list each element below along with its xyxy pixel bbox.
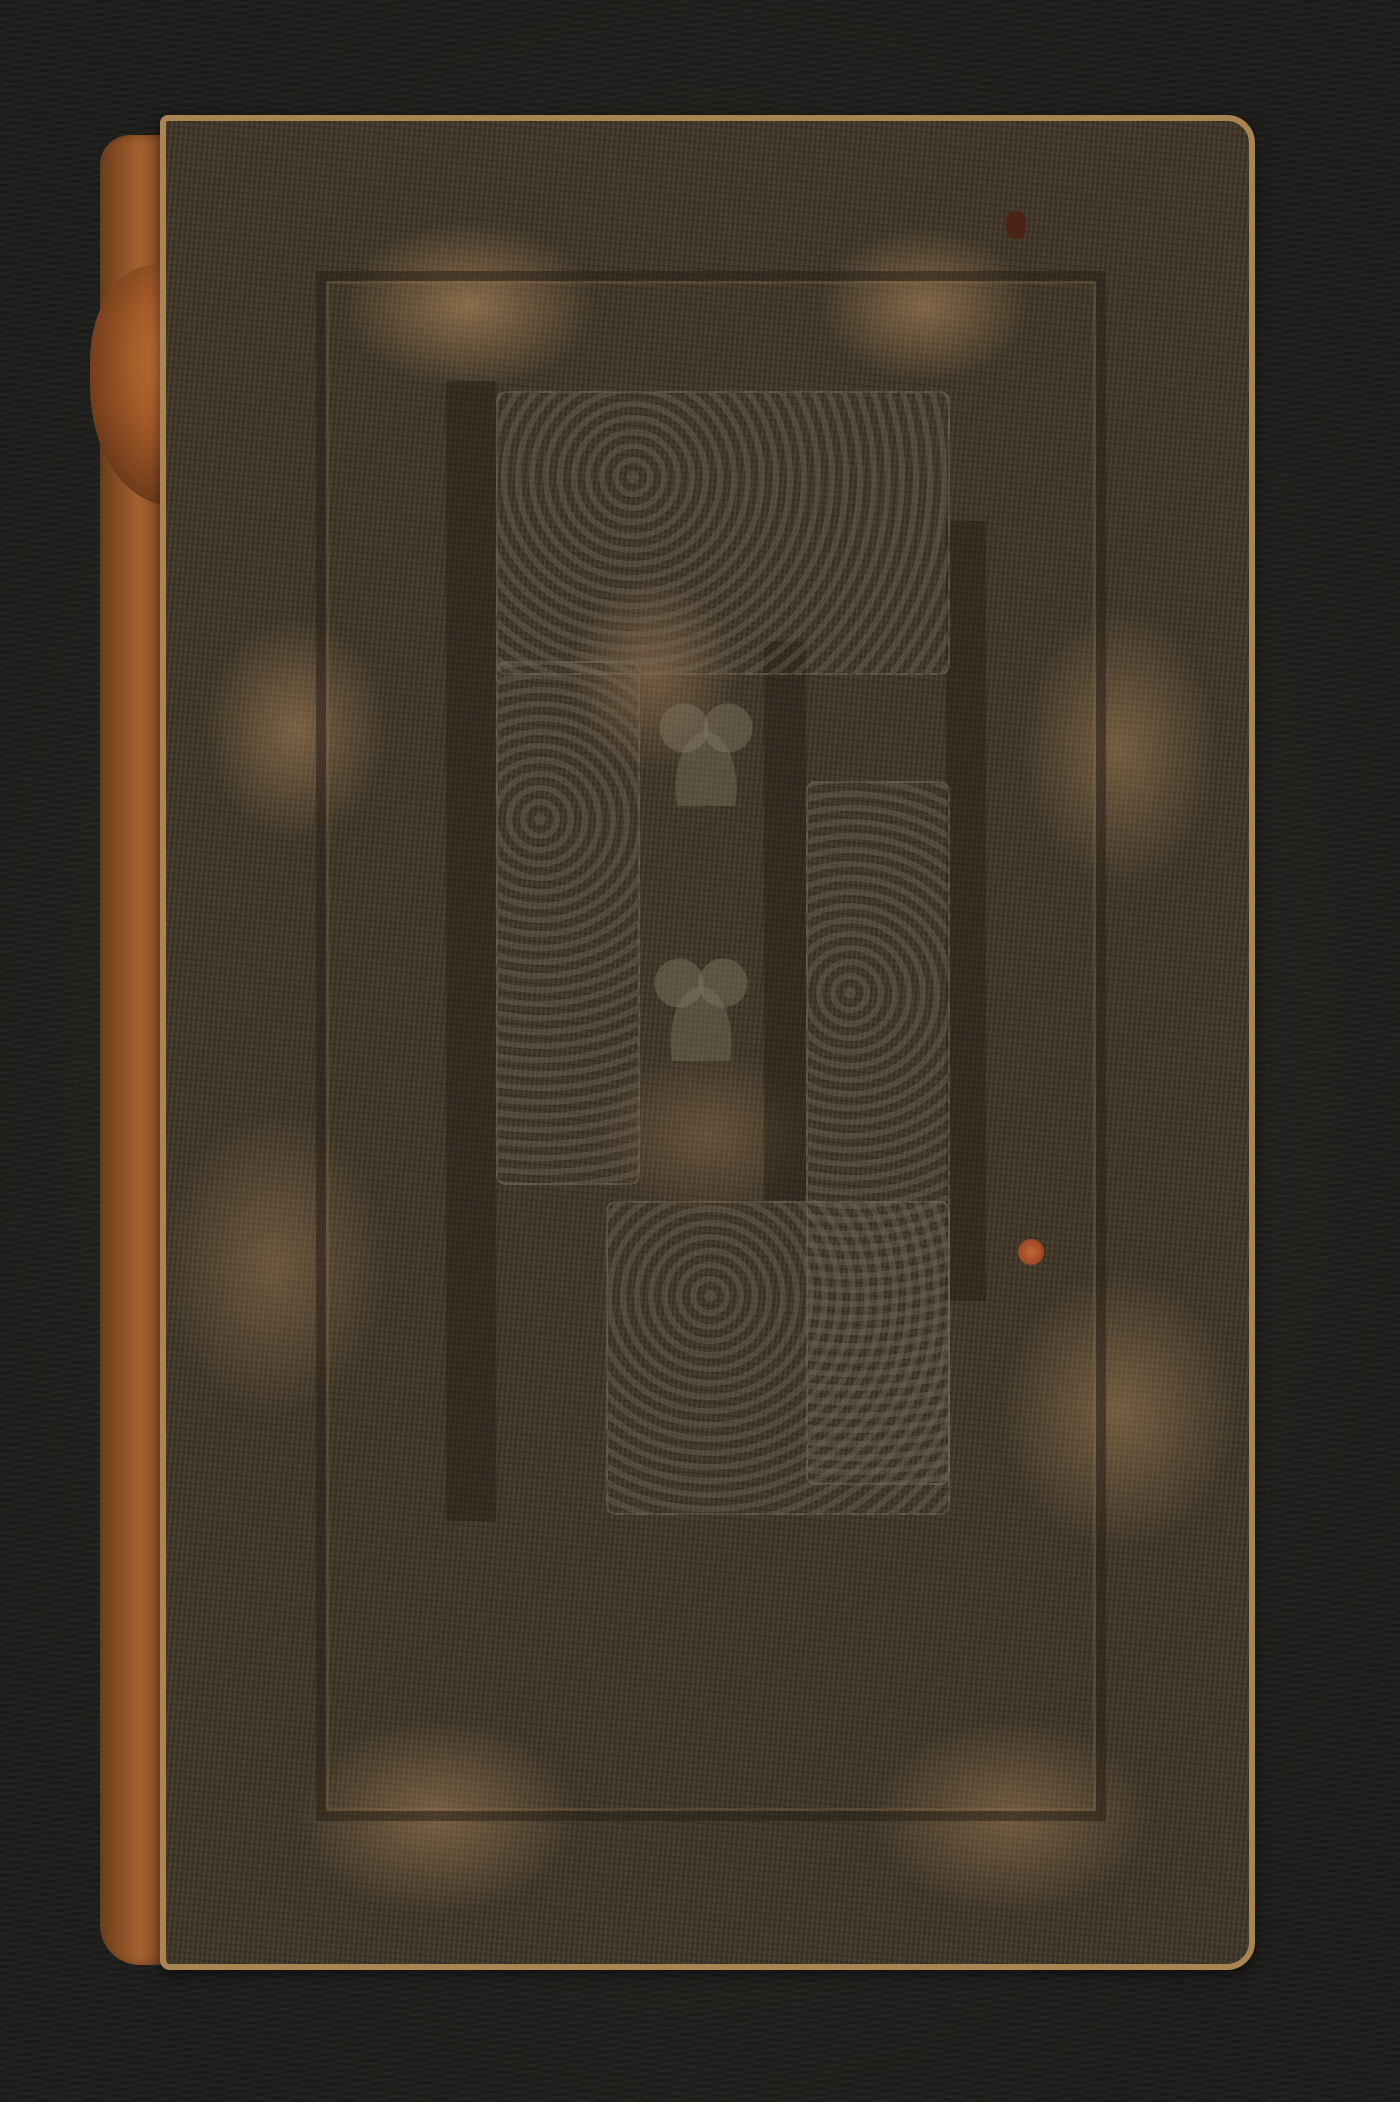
antique-book [100,115,1255,1970]
ornamental-panel-top [496,391,950,675]
fleur-de-lis-stamp-lower [646,941,756,1061]
fleur-de-lis-stamp-upper [651,686,761,806]
ornamental-panel-left [496,661,640,1185]
red-mark [1018,1239,1044,1265]
cover-edge-nick [1006,211,1026,239]
ornamental-panel-bottom [606,1201,950,1515]
leather-front-cover [160,115,1255,1970]
